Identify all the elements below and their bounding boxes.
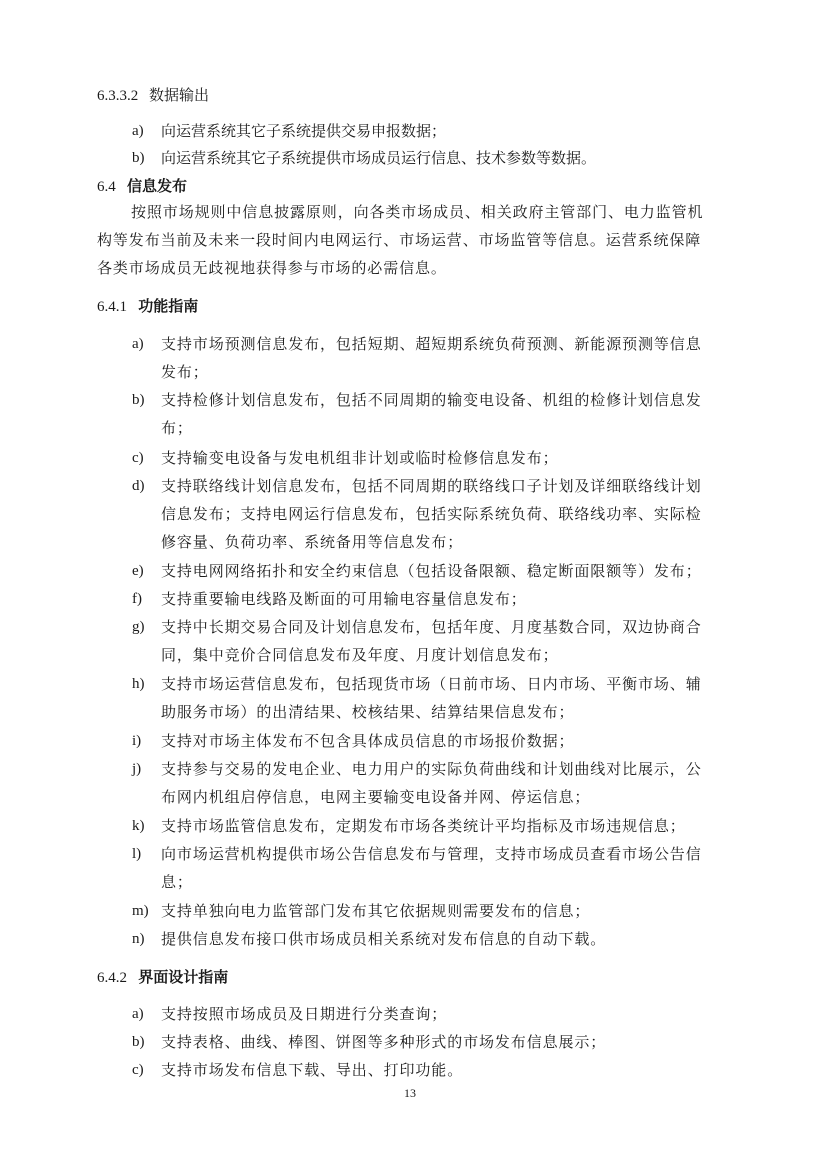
list-item-text: 同，集中竞价合同信息发布及年度、月度计划信息发布；: [161, 646, 559, 664]
list-label: h): [132, 675, 145, 693]
list-label: l): [132, 845, 141, 863]
list-label: g): [132, 618, 145, 636]
heading-number: 6.4.2: [97, 970, 127, 986]
list-item-text: 支持市场运营信息发布，包括现货市场（日前市场、日内市场、平衡市场、辅: [161, 675, 702, 693]
list-label: k): [132, 817, 145, 835]
heading-title: 数据输出: [149, 86, 209, 104]
document-page: 6.3.3.2 数据输出 a) 向运营系统其它子系统提供交易申报数据； b) 向…: [0, 0, 827, 1169]
list-item-text: 支持检修计划信息发布，包括不同周期的输变电设备、机组的检修计划信息发: [161, 391, 702, 409]
list-item-text: 向运营系统其它子系统提供交易申报数据；: [161, 122, 446, 140]
list-item-text: 支持电网网络拓扑和安全约束信息（包括设备限额、稳定断面限额等）发布；: [161, 562, 702, 580]
list-label: a): [132, 335, 144, 353]
list-label: c): [132, 1061, 144, 1079]
list-label: a): [132, 122, 144, 140]
list-label: n): [132, 930, 145, 948]
heading-6-4-2: 6.4.2 界面设计指南: [97, 968, 228, 987]
page-number: 13: [404, 1086, 416, 1101]
list-item-text: 布；: [161, 419, 193, 437]
list-label: e): [132, 562, 144, 580]
list-label: c): [132, 449, 144, 467]
list-item-text: 信息发布；支持电网运行信息发布，包括实际系统负荷、联络线功率、实际检: [161, 505, 702, 523]
heading-6-4: 6.4 信息发布: [97, 177, 187, 196]
list-label: j): [132, 760, 141, 778]
list-item-text: 提供信息发布接口供市场成员相关系统对发布信息的自动下载。: [161, 930, 606, 948]
heading-number: 6.3.3.2: [97, 88, 138, 104]
list-label: d): [132, 477, 145, 495]
list-item-text: 支持中长期交易合同及计划信息发布，包括年度、月度基数合同，双边协商合: [161, 618, 702, 636]
list-item-text: 支持市场发布信息下载、导出、打印功能。: [161, 1061, 463, 1079]
list-label: i): [132, 732, 141, 750]
list-label: b): [132, 149, 145, 167]
list-label: m): [132, 902, 149, 920]
list-item-text: 息；: [161, 873, 193, 891]
list-item-text: 支持市场监管信息发布，定期发布市场各类统计平均指标及市场违规信息；: [161, 817, 686, 835]
heading-6-4-1: 6.4.1 功能指南: [97, 297, 198, 316]
heading-title: 功能指南: [138, 297, 198, 315]
list-item-text: 支持对市场主体发布不包含具体成员信息的市场报价数据；: [161, 732, 574, 750]
heading-title: 界面设计指南: [138, 968, 228, 986]
heading-number: 6.4.1: [97, 299, 127, 315]
list-item-text: 支持输变电设备与发电机组非计划或临时检修信息发布；: [161, 449, 559, 467]
list-item-text: 支持表格、曲线、棒图、饼图等多种形式的市场发布信息展示；: [161, 1033, 606, 1051]
list-item-text: 支持按照市场成员及日期进行分类查询；: [161, 1005, 447, 1023]
list-item-text: 向运营系统其它子系统提供市场成员运行信息、技术参数等数据。: [161, 149, 596, 167]
list-item-text: 向市场运营机构提供市场公告信息发布与管理，支持市场成员查看市场公告信: [161, 845, 702, 863]
paragraph-line: 各类市场成员无歧视地获得参与市场的必需信息。: [97, 259, 447, 277]
paragraph-line: 按照市场规则中信息披露原则，向各类市场成员、相关政府主管部门、电力监管机: [131, 203, 703, 221]
list-item-text: 助服务市场）的出清结果、校核结果、结算结果信息发布；: [161, 703, 574, 721]
list-label: f): [132, 590, 142, 608]
list-item-text: 支持单独向电力监管部门发布其它依据规则需要发布的信息；: [161, 902, 590, 920]
list-item-text: 支持重要输电线路及断面的可用输电容量信息发布；: [161, 590, 527, 608]
list-item-text: 修容量、负荷功率、系统备用等信息发布；: [161, 533, 463, 551]
list-label: b): [132, 391, 145, 409]
list-label: b): [132, 1033, 145, 1051]
list-item-text: 发布；: [161, 363, 209, 381]
list-item-text: 支持市场预测信息发布，包括短期、超短期系统负荷预测、新能源预测等信息: [161, 335, 702, 353]
list-item-text: 布网内机组启停信息，电网主要输变电设备并网、停运信息；: [161, 788, 590, 806]
list-label: a): [132, 1005, 144, 1023]
paragraph-line: 构等发布当前及未来一段时间内电网运行、市场运营、市场监管等信息。运营系统保障: [97, 231, 701, 249]
heading-title: 信息发布: [127, 177, 187, 195]
list-item-text: 支持参与交易的发电企业、电力用户的实际负荷曲线和计划曲线对比展示，公: [161, 760, 702, 778]
heading-6-3-3-2: 6.3.3.2 数据输出: [97, 86, 209, 105]
heading-number: 6.4: [97, 179, 116, 195]
list-item-text: 支持联络线计划信息发布，包括不同周期的联络线口子计划及详细联络线计划: [161, 477, 702, 495]
